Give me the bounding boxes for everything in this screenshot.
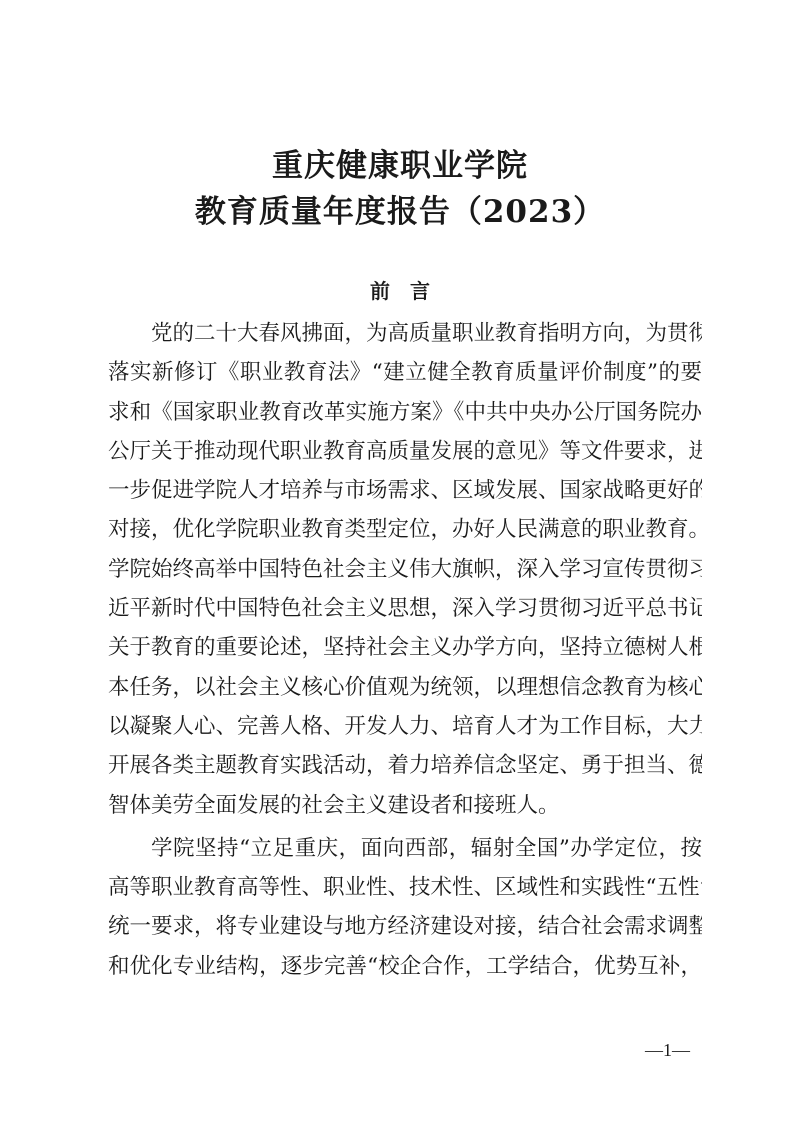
text-line: 对接，优化学院职业教育类型定位，办好人民满意的职业教育。	[108, 510, 702, 549]
text-line: 高等职业教育高等性、职业性、技术性、区域性和实践性“五性”	[108, 868, 702, 907]
text-line: 和优化专业结构，逐步完善“校企合作，工学结合，优势互补，	[108, 947, 702, 986]
section-heading-preface: 前言	[0, 275, 800, 304]
document-title-line-1: 重庆健康职业学院	[0, 140, 800, 185]
paragraph-1: 党的二十大春风拂面，为高质量职业教育指明方向，为贯彻 落实新修订《职业教育法》“…	[108, 314, 702, 825]
document-title-line-2: 教育质量年度报告（2023）	[0, 186, 800, 231]
text-line: 开展各类主题教育实践活动，着力培养信念坚定、勇于担当、德	[108, 746, 702, 785]
text-line: 党的二十大春风拂面，为高质量职业教育指明方向，为贯彻	[108, 314, 702, 353]
text-line: 求和《国家职业教育改革实施方案》《中共中央办公厅国务院办	[108, 393, 702, 432]
text-line: 一步促进学院人才培养与市场需求、区域发展、国家战略更好的	[108, 471, 702, 510]
section-heading-char: 言	[410, 279, 430, 303]
text-line: 落实新修订《职业教育法》“建立健全教育质量评价制度”的要	[108, 353, 702, 392]
page-number: —1—	[645, 1040, 690, 1061]
text-line: 本任务，以社会主义核心价值观为统领，以理想信念教育为核心，	[108, 668, 702, 707]
document-body: 党的二十大春风拂面，为高质量职业教育指明方向，为贯彻 落实新修订《职业教育法》“…	[108, 314, 702, 986]
text-line: 学院始终高举中国特色社会主义伟大旗帜，深入学习宣传贯彻习	[108, 550, 702, 589]
text-line: 以凝聚人心、完善人格、开发人力、培育人才为工作目标，大力	[108, 707, 702, 746]
text-line: 公厅关于推动现代职业教育高质量发展的意见》等文件要求，进	[108, 432, 702, 471]
text-line: 近平新时代中国特色社会主义思想，深入学习贯彻习近平总书记	[108, 589, 702, 628]
section-heading-char: 前	[370, 279, 390, 303]
text-line: 学院坚持“立足重庆，面向西部，辐射全国”办学定位，按	[108, 829, 702, 868]
text-line: 智体美劳全面发展的社会主义建设者和接班人。	[108, 786, 702, 825]
text-line: 统一要求，将专业建设与地方经济建设对接，结合社会需求调整	[108, 907, 702, 946]
text-line: 关于教育的重要论述，坚持社会主义办学方向，坚持立德树人根	[108, 628, 702, 667]
paragraph-2: 学院坚持“立足重庆，面向西部，辐射全国”办学定位，按 高等职业教育高等性、职业性…	[108, 829, 702, 986]
